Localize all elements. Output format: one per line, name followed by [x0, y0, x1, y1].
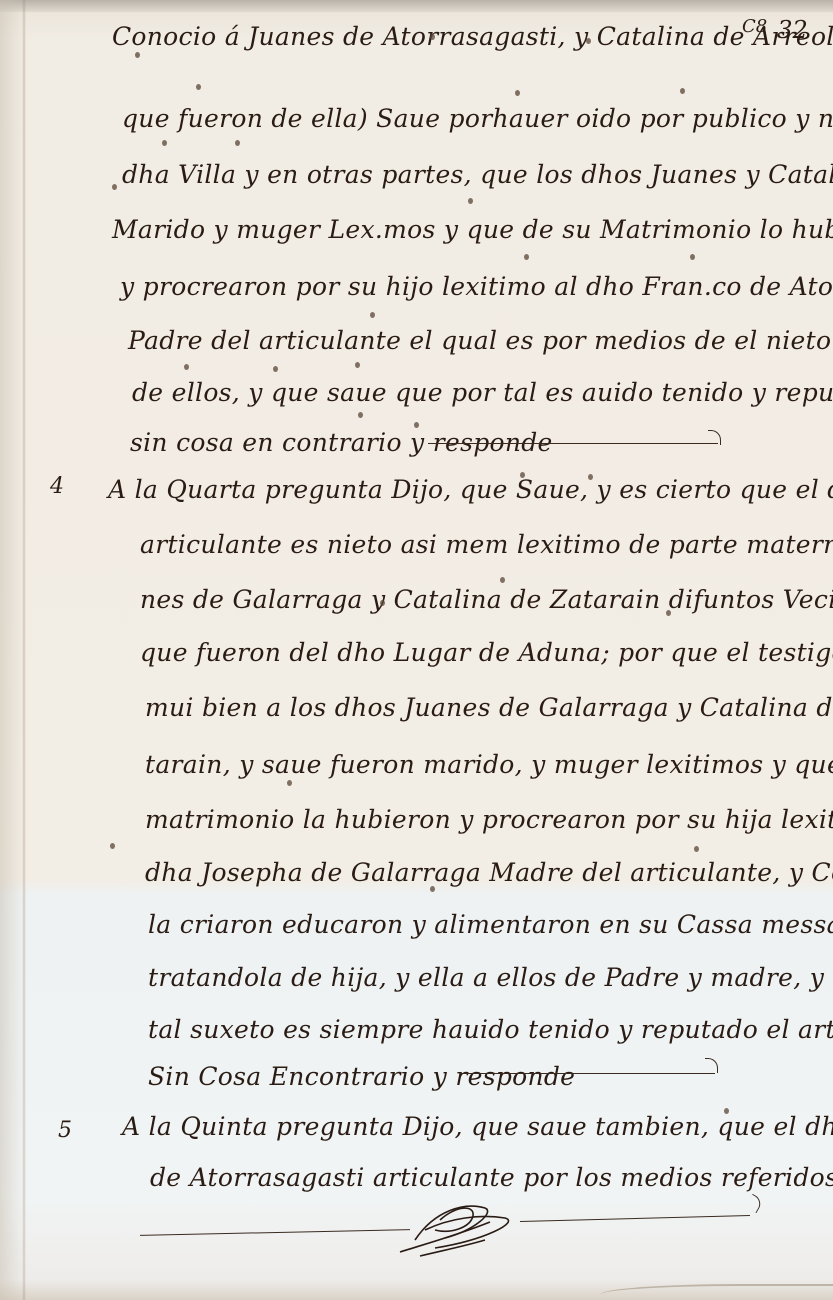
ink-spot — [468, 198, 473, 204]
ink-spot — [110, 843, 115, 849]
text-line: nes de Galarraga y Catalina de Zatarain … — [140, 585, 833, 614]
ink-spot — [430, 886, 435, 892]
text-line: matrimonio la hubieron y procrearon por … — [145, 805, 833, 834]
ink-spot — [273, 366, 278, 372]
closing-rule-right — [520, 1215, 750, 1222]
text-line: mui bien a los dhos Juanes de Galarraga … — [145, 693, 833, 722]
binding-shadow — [0, 0, 24, 1300]
line-filler-rule — [460, 1073, 715, 1074]
ink-spot — [588, 474, 593, 480]
ink-spot — [196, 84, 201, 90]
ink-spot — [500, 577, 505, 583]
ink-spot — [162, 140, 167, 146]
line-filler-rule — [428, 443, 718, 444]
closing-rule-left — [140, 1229, 410, 1236]
text-line: Padre del articulante el qual es por med… — [128, 326, 833, 355]
ink-spot — [666, 610, 671, 616]
margin-question-number: 5 — [58, 1118, 72, 1143]
text-line: y procrearon por su hijo lexitimo al dho… — [120, 272, 833, 301]
ink-spot — [515, 90, 520, 96]
text-line: tratandola de hija, y ella a ellos de Pa… — [148, 963, 833, 992]
text-line: Marido y muger Lex.mos y que de su Matri… — [112, 215, 833, 244]
text-line: articulante es nieto asi mem lexitimo de… — [140, 530, 833, 559]
text-line: de ellos, y que saue que por tal es auid… — [132, 378, 833, 407]
line-filler-flourish — [705, 1058, 718, 1073]
text-line: dha Josepha de Galarraga Madre del artic… — [145, 858, 833, 887]
ink-spot — [287, 780, 292, 786]
ink-spot — [586, 38, 591, 44]
ink-spot — [520, 472, 525, 478]
ink-spot — [524, 254, 529, 260]
text-line: la criaron educaron y alimentaron en su … — [148, 910, 833, 939]
ink-spot — [680, 88, 685, 94]
ink-spot — [694, 846, 699, 852]
text-line: A la Quarta pregunta Dijo, que Saue, y e… — [108, 475, 833, 504]
ink-spot — [724, 1108, 729, 1114]
binding-fold — [22, 0, 26, 1300]
manuscript-page: C832 Conocio á Juanes de Atorrasagasti, … — [0, 0, 833, 1300]
margin-question-number: 4 — [50, 474, 64, 499]
ink-spot — [135, 52, 140, 58]
text-line: A la Quinta pregunta Dijo, que saue tamb… — [122, 1112, 833, 1141]
closing-flourish — [745, 1194, 764, 1213]
ink-spot — [380, 600, 385, 606]
ink-spot — [355, 362, 360, 368]
ink-spot — [370, 312, 375, 318]
line-filler-flourish — [708, 430, 721, 445]
page-curl — [600, 1284, 833, 1300]
text-line: que fueron del dho Lugar de Aduna; por q… — [140, 638, 833, 667]
ink-spot — [184, 364, 189, 370]
ink-spot — [235, 140, 240, 146]
ink-spot — [690, 254, 695, 260]
text-line: de Atorrasagasti articulante por los med… — [150, 1163, 833, 1192]
text-line: que fueron de ella) Saue porhauer oido p… — [122, 104, 833, 133]
ink-spot — [430, 34, 435, 40]
text-line: tal suxeto es siempre hauido tenido y re… — [148, 1015, 833, 1044]
text-line: dha Villa y en otras partes, que los dho… — [122, 160, 833, 189]
text-line: Conocio á Juanes de Atorrasagasti, y Cat… — [112, 22, 833, 51]
text-line: tarain, y saue fueron marido, y muger le… — [145, 750, 833, 779]
ink-spot — [414, 422, 419, 428]
text-line: Sin Cosa Encontrario y responde — [148, 1062, 575, 1091]
ink-spot — [358, 412, 363, 418]
ink-spot — [112, 184, 117, 190]
signature-rubric-icon — [395, 1200, 525, 1260]
page-top-edge — [0, 0, 833, 12]
